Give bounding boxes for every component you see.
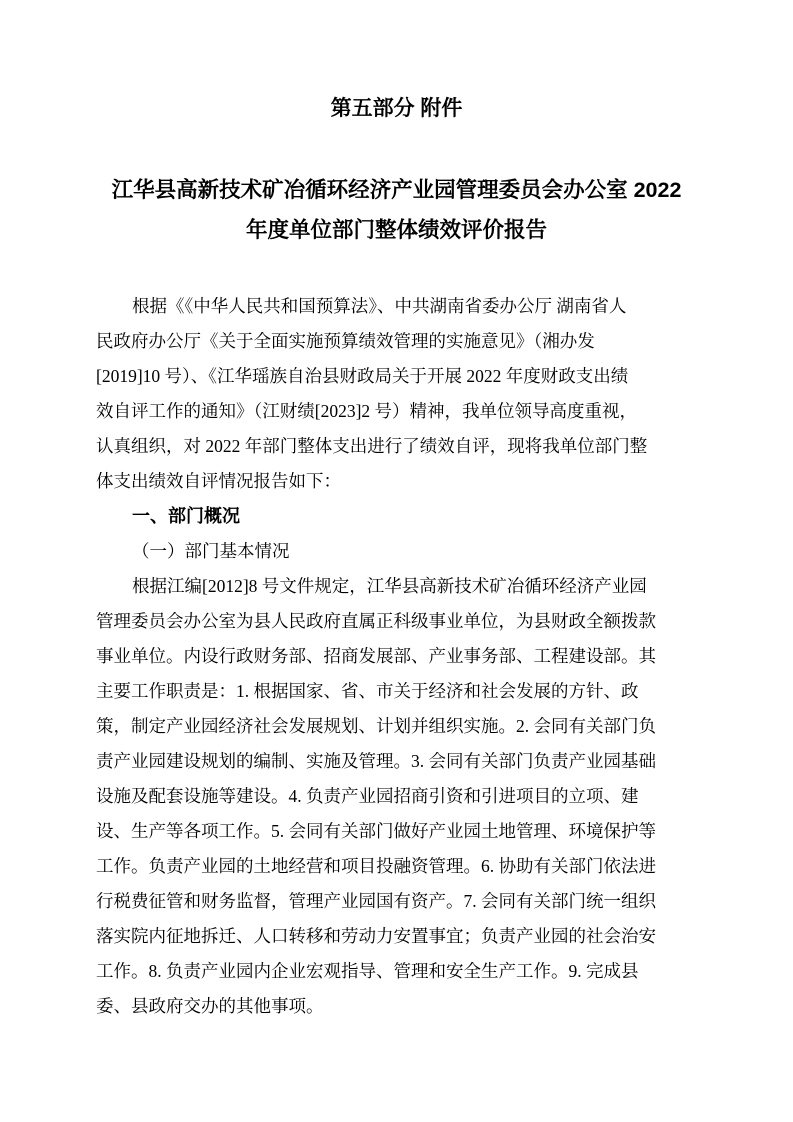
part-title: 第五部分 附件 (96, 95, 697, 123)
paragraph-2-line: 工作。负责产业园的土地经营和项目投融资管理。6. 协助有关部门依法进 (96, 849, 697, 884)
paragraph-2-line: 主要工作职责是：1. 根据国家、省、市关于经济和社会发展的方针、政 (96, 674, 697, 709)
section-1-subheading: （一）部门基本情况 (96, 534, 697, 569)
paragraph-1-line: 根据《《中华人民共和国预算法》、中共湖南省委办公厅 湖南省人 (96, 289, 697, 324)
paragraph-2-line: 根据江编[2012]8 号文件规定，江华县高新技术矿冶循环经济产业园 (96, 569, 697, 604)
paragraph-2-line: 设施及配套设施等建设。4. 负责产业园招商引资和引进项目的立项、建 (96, 779, 697, 814)
paragraph-2-line: 委、县政府交办的其他事项。 (96, 989, 697, 1024)
paragraph-1-line: 体支出绩效自评情况报告如下： (96, 464, 697, 499)
paragraph-1-line: [2019]10 号）、《江华瑶族自治县财政局关于开展 2022 年度财政支出绩 (96, 359, 697, 394)
paragraph-1-line: 民政府办公厅《关于全面实施预算绩效管理的实施意见》（湘办发 (96, 324, 697, 359)
paragraph-2-line: 行税费征管和财务监督，管理产业园国有资产。7. 会同有关部门统一组织 (96, 884, 697, 919)
paragraph-1-line: 认真组织，对 2022 年部门整体支出进行了绩效自评，现将我单位部门整 (96, 429, 697, 464)
report-title-line-2: 年度单位部门整体绩效评价报告 (88, 210, 705, 250)
paragraph-2-line: 落实院内征地拆迁、人口转移和劳动力安置事宜；负责产业园的社会治安 (96, 919, 697, 954)
paragraph-2-line: 工作。8. 负责产业园内企业宏观指导、管理和安全生产工作。9. 完成县 (96, 954, 697, 989)
paragraph-2-line: 策，制定产业园经济社会发展规划、计划并组织实施。2. 会同有关部门负 (96, 709, 697, 744)
document-page: 第五部分 附件 江华县高新技术矿冶循环经济产业园管理委员会办公室 2022 年度… (0, 0, 793, 1122)
paragraph-2-line: 责产业园建设规划的编制、实施及管理。3. 会同有关部门负责产业园基础 (96, 744, 697, 779)
section-1-heading: 一、部门概况 (96, 499, 697, 534)
report-title: 江华县高新技术矿冶循环经济产业园管理委员会办公室 2022 年度单位部门整体绩效… (88, 170, 705, 250)
paragraph-2-line: 设、生产等各项工作。5. 会同有关部门做好产业园土地管理、环境保护等 (96, 814, 697, 849)
paragraph-2-line: 事业单位。内设行政财务部、招商发展部、产业事务部、工程建设部。其 (96, 639, 697, 674)
document-body: 根据《《中华人民共和国预算法》、中共湖南省委办公厅 湖南省人 民政府办公厅《关于… (96, 289, 697, 1024)
paragraph-1-line: 效自评工作的通知》（江财绩[2023]2 号）精神，我单位领导高度重视， (96, 394, 697, 429)
paragraph-2-line: 管理委员会办公室为县人民政府直属正科级事业单位，为县财政全额拨款 (96, 604, 697, 639)
report-title-line-1: 江华县高新技术矿冶循环经济产业园管理委员会办公室 2022 (88, 170, 705, 210)
